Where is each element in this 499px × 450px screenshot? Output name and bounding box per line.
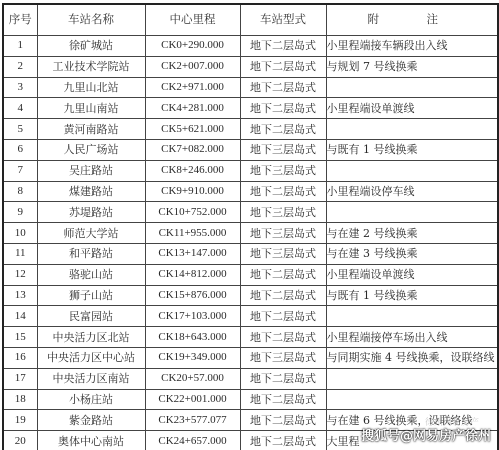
station-name: 紫金路站: [37, 410, 145, 431]
station-type: 地下二层岛式: [240, 98, 326, 119]
center-mileage: CK15+876.000: [145, 285, 240, 306]
station-note: [326, 306, 498, 327]
station-name: 中央活力区南站: [37, 368, 145, 389]
header-note: 附 注: [326, 4, 498, 36]
station-note: [326, 160, 498, 181]
station-name: 中央活力区北站: [37, 327, 145, 348]
table-row: 12骆驼山站CK14+812.000地下二层岛式小里程端设单渡线: [3, 264, 498, 285]
row-number: 12: [3, 264, 37, 285]
table-row: 5黄河南路站CK5+621.000地下二层岛式: [3, 119, 498, 140]
table-row: 11和平路站CK13+147.000地下三层岛式与在建 3 号线换乘: [3, 243, 498, 264]
table-row: 18小杨庄站CK22+001.000地下二层岛式: [3, 389, 498, 410]
station-name: 人民广场站: [37, 139, 145, 160]
row-number: 3: [3, 77, 37, 98]
station-type: 地下三层岛式: [240, 243, 326, 264]
station-name: 奥体中心南站: [37, 431, 145, 450]
table-row: 9苏堤路站CK10+752.000地下三层岛式: [3, 202, 498, 223]
station-type: 地下二层岛式: [240, 36, 326, 57]
row-number: 15: [3, 327, 37, 348]
station-name: 九里山北站: [37, 77, 145, 98]
station-name: 煤建路站: [37, 181, 145, 202]
station-note: [326, 368, 498, 389]
center-mileage: CK22+001.000: [145, 389, 240, 410]
station-note: 小里程端设单渡线: [326, 264, 498, 285]
row-number: 7: [3, 160, 37, 181]
station-name: 黄河南路站: [37, 119, 145, 140]
row-number: 16: [3, 347, 37, 368]
table-row: 8煤建路站CK9+910.000地下二层岛式小里程端设停车线: [3, 181, 498, 202]
row-number: 6: [3, 139, 37, 160]
station-note: 小里程端接停车场出入线: [326, 327, 498, 348]
station-type: 地下二层岛式: [240, 431, 326, 450]
watermark: 搜狐号@网易房产徐州: [361, 425, 491, 444]
center-mileage: CK10+752.000: [145, 202, 240, 223]
table-row: 13狮子山站CK15+876.000地下二层岛式与既有 1 号线换乘: [3, 285, 498, 306]
table-header-row: 序号 车站名称 中心里程 车站型式 附 注: [3, 4, 498, 36]
header-no: 序号: [3, 4, 37, 36]
station-name: 中央活力区中心站: [37, 347, 145, 368]
station-name: 工业技术学院站: [37, 56, 145, 77]
row-number: 13: [3, 285, 37, 306]
row-number: 17: [3, 368, 37, 389]
station-name: 和平路站: [37, 243, 145, 264]
center-mileage: CK19+349.000: [145, 347, 240, 368]
center-mileage: CK14+812.000: [145, 264, 240, 285]
row-number: 19: [3, 410, 37, 431]
row-number: 20: [3, 431, 37, 450]
station-type: 地下二层岛式: [240, 56, 326, 77]
center-mileage: CK18+643.000: [145, 327, 240, 348]
station-type: 地下二层岛式: [240, 77, 326, 98]
station-name: 民富园站: [37, 306, 145, 327]
center-mileage: CK7+082.000: [145, 139, 240, 160]
station-note: 与在建 2 号线换乘: [326, 223, 498, 244]
station-type: 地下二层岛式: [240, 410, 326, 431]
station-name: 小杨庄站: [37, 389, 145, 410]
table-row: 14民富园站CK17+103.000地下二层岛式: [3, 306, 498, 327]
center-mileage: CK20+57.000: [145, 368, 240, 389]
center-mileage: CK11+955.000: [145, 223, 240, 244]
center-mileage: CK8+246.000: [145, 160, 240, 181]
table-row: 3九里山北站CK2+971.000地下二层岛式: [3, 77, 498, 98]
station-note: 与既有 1 号线换乘: [326, 285, 498, 306]
station-note: 小里程端设停车线: [326, 181, 498, 202]
header-station-name: 车站名称: [37, 4, 145, 36]
row-number: 1: [3, 36, 37, 57]
row-number: 4: [3, 98, 37, 119]
center-mileage: CK0+290.000: [145, 36, 240, 57]
header-station-type: 车站型式: [240, 4, 326, 36]
center-mileage: CK2+007.000: [145, 56, 240, 77]
station-note: 与同期实施 4 号线换乘，设联络线: [326, 347, 498, 368]
row-number: 8: [3, 181, 37, 202]
station-type: 地下三层岛式: [240, 347, 326, 368]
table-row: 17中央活力区南站CK20+57.000地下二层岛式: [3, 368, 498, 389]
station-name: 狮子山站: [37, 285, 145, 306]
station-type: 地下二层岛式: [240, 264, 326, 285]
table-row: 2工业技术学院站CK2+007.000地下二层岛式与规划 7 号线换乘: [3, 56, 498, 77]
station-note: 小里程端设单渡线: [326, 98, 498, 119]
row-number: 9: [3, 202, 37, 223]
station-type: 地下二层岛式: [240, 306, 326, 327]
center-mileage: CK5+621.000: [145, 119, 240, 140]
table-body: 1徐矿城站CK0+290.000地下二层岛式小里程端接车辆段出入线2工业技术学院…: [3, 36, 498, 450]
station-note: [326, 202, 498, 223]
station-name: 吴庄路站: [37, 160, 145, 181]
row-number: 2: [3, 56, 37, 77]
station-note: [326, 119, 498, 140]
station-type: 地下三层岛式: [240, 223, 326, 244]
station-type: 地下三层岛式: [240, 139, 326, 160]
station-name: 苏堤路站: [37, 202, 145, 223]
table-row: 6人民广场站CK7+082.000地下三层岛式与既有 1 号线换乘: [3, 139, 498, 160]
station-type: 地下二层岛式: [240, 327, 326, 348]
station-note: 小里程端接车辆段出入线: [326, 36, 498, 57]
row-number: 5: [3, 119, 37, 140]
table-row: 4九里山南站CK4+281.000地下二层岛式小里程端设单渡线: [3, 98, 498, 119]
row-number: 14: [3, 306, 37, 327]
center-mileage: CK9+910.000: [145, 181, 240, 202]
table-row: 16中央活力区中心站CK19+349.000地下三层岛式与同期实施 4 号线换乘…: [3, 347, 498, 368]
center-mileage: CK2+971.000: [145, 77, 240, 98]
station-type: 地下二层岛式: [240, 368, 326, 389]
station-type: 地下二层岛式: [240, 181, 326, 202]
header-center-mileage: 中心里程: [145, 4, 240, 36]
station-note: 与规划 7 号线换乘: [326, 56, 498, 77]
table-row: 15中央活力区北站CK18+643.000地下二层岛式小里程端接停车场出入线: [3, 327, 498, 348]
station-name: 师范大学站: [37, 223, 145, 244]
station-type: 地下三层岛式: [240, 160, 326, 181]
center-mileage: CK23+577.077: [145, 410, 240, 431]
center-mileage: CK13+147.000: [145, 243, 240, 264]
row-number: 11: [3, 243, 37, 264]
station-note: [326, 389, 498, 410]
station-type: 地下三层岛式: [240, 202, 326, 223]
station-note: 与既有 1 号线换乘: [326, 139, 498, 160]
station-name: 九里山南站: [37, 98, 145, 119]
station-type: 地下二层岛式: [240, 285, 326, 306]
station-name: 骆驼山站: [37, 264, 145, 285]
table-row: 10师范大学站CK11+955.000地下三层岛式与在建 2 号线换乘: [3, 223, 498, 244]
center-mileage: CK24+657.000: [145, 431, 240, 450]
center-mileage: CK4+281.000: [145, 98, 240, 119]
station-type: 地下二层岛式: [240, 119, 326, 140]
row-number: 18: [3, 389, 37, 410]
station-name: 徐矿城站: [37, 36, 145, 57]
row-number: 10: [3, 223, 37, 244]
station-table: 序号 车站名称 中心里程 车站型式 附 注 1徐矿城站CK0+290.000地下…: [2, 3, 499, 450]
station-note: [326, 77, 498, 98]
center-mileage: CK17+103.000: [145, 306, 240, 327]
table-row: 7吴庄路站CK8+246.000地下三层岛式: [3, 160, 498, 181]
station-note: 与在建 3 号线换乘: [326, 243, 498, 264]
station-type: 地下二层岛式: [240, 389, 326, 410]
table-row: 1徐矿城站CK0+290.000地下二层岛式小里程端接车辆段出入线: [3, 36, 498, 57]
